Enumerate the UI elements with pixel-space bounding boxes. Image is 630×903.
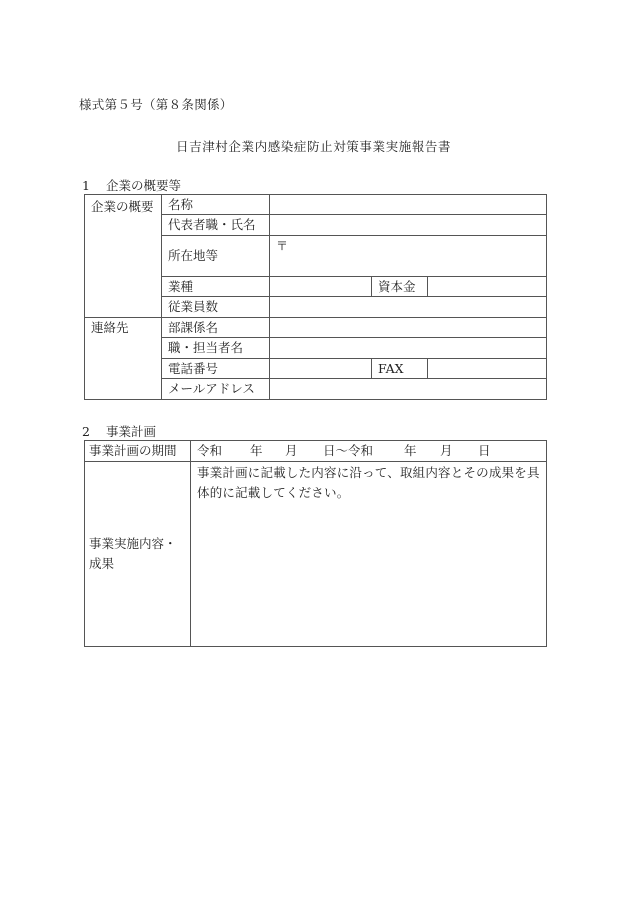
- group-label-company: 企業の概要: [85, 195, 162, 318]
- section2-title: 事業計画: [106, 424, 156, 439]
- section1-heading: 1企業の概要等: [82, 176, 181, 194]
- label-phone: 電話番号: [162, 359, 270, 379]
- label-capital: 資本金: [372, 277, 428, 297]
- representative-field[interactable]: [270, 215, 547, 236]
- label-address: 所在地等: [162, 236, 270, 277]
- period-day2: 日: [478, 443, 491, 459]
- email-field[interactable]: [270, 379, 547, 400]
- label-contact-person: 職・担当者名: [162, 338, 270, 359]
- period-month2: 月: [440, 443, 478, 459]
- table-row: 連絡先 部課係名: [85, 318, 547, 338]
- label-department: 部課係名: [162, 318, 270, 338]
- fax-field[interactable]: [428, 359, 547, 379]
- period-month: 月: [285, 443, 323, 459]
- label-email: メールアドレス: [162, 379, 270, 400]
- section1-title: 企業の概要等: [106, 178, 181, 193]
- label-representative: 代表者職・氏名: [162, 215, 270, 236]
- section1-number: 1: [82, 178, 106, 193]
- label-name: 名称: [162, 195, 270, 215]
- employees-field[interactable]: [270, 297, 547, 318]
- label-period: 事業計画の期間: [85, 441, 191, 462]
- table-row: 企業の概要 名称: [85, 195, 547, 215]
- content-field[interactable]: 事業計画に記載した内容に沿って、取組内容とその成果を具体的に記載してください。: [191, 462, 547, 647]
- contact-person-field[interactable]: [270, 338, 547, 359]
- period-field[interactable]: 令和年月日～令和年月日: [191, 441, 547, 462]
- period-year2: 年: [404, 443, 440, 459]
- industry-field[interactable]: [270, 277, 372, 297]
- period-day-to: 日～令和: [323, 443, 404, 459]
- department-field[interactable]: [270, 318, 547, 338]
- table-row: 事業計画の期間 令和年月日～令和年月日: [85, 441, 547, 462]
- section2-number: 2: [82, 424, 106, 439]
- label-content: 事業実施内容・成果: [85, 462, 191, 647]
- phone-field[interactable]: [270, 359, 372, 379]
- capital-field[interactable]: [428, 277, 547, 297]
- document-title: 日吉津村企業内感染症防止対策事業実施報告書: [176, 137, 451, 155]
- label-fax: FAX: [372, 359, 428, 379]
- label-industry: 業種: [162, 277, 270, 297]
- group-label-contact: 連絡先: [85, 318, 162, 400]
- period-era-start: 令和: [197, 443, 250, 459]
- period-year: 年: [250, 443, 285, 459]
- company-name-field[interactable]: [270, 195, 547, 215]
- table-row: 事業実施内容・成果 事業計画に記載した内容に沿って、取組内容とその成果を具体的に…: [85, 462, 547, 647]
- address-field[interactable]: 〒: [270, 236, 547, 277]
- label-employees: 従業員数: [162, 297, 270, 318]
- form-number: 様式第５号（第８条関係）: [79, 95, 233, 113]
- section2-heading: 2事業計画: [82, 422, 156, 440]
- company-overview-table: 企業の概要 名称 代表者職・氏名 所在地等 〒 業種 資本金 従業員数 連絡先 …: [84, 194, 547, 400]
- business-plan-table: 事業計画の期間 令和年月日～令和年月日 事業実施内容・成果 事業計画に記載した内…: [84, 440, 547, 647]
